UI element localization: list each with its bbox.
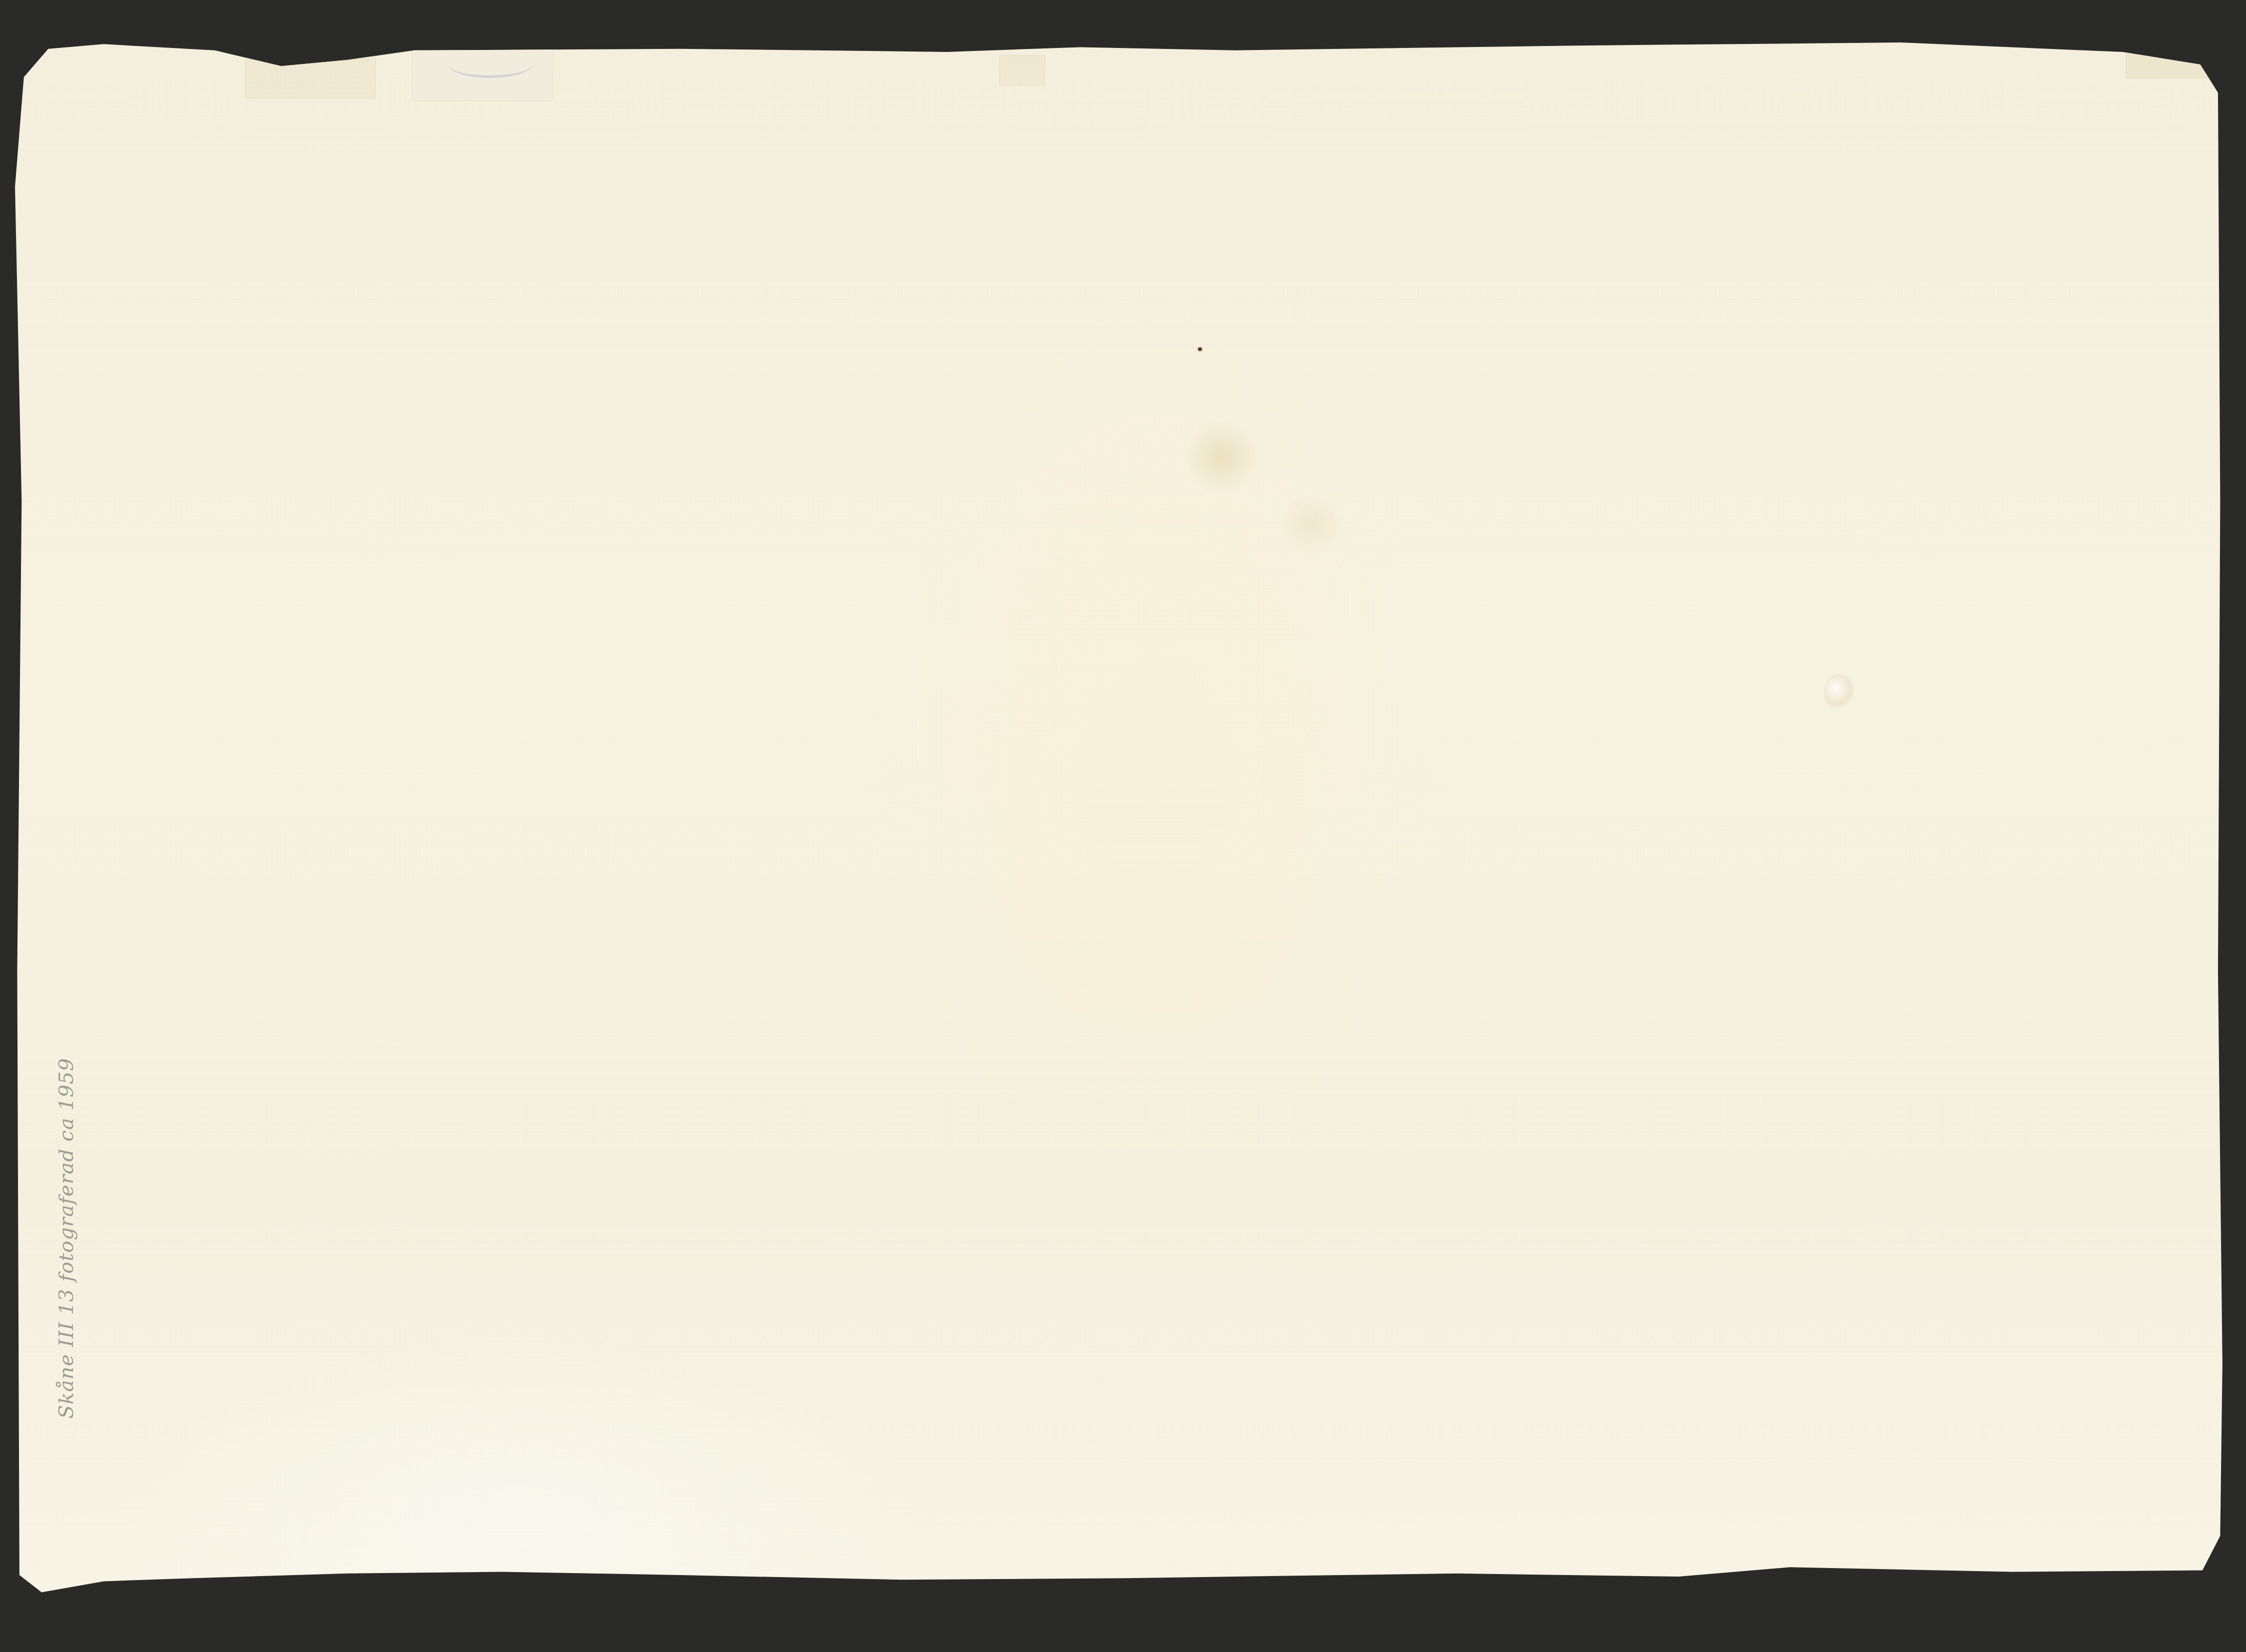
tape-strip — [412, 40, 553, 101]
tape-residue-left — [245, 50, 376, 98]
dirt-speck — [1198, 347, 1202, 351]
paper-dent — [1824, 674, 1854, 709]
paper-sheet: Skåne III 13 fotograferad ca 1959 — [15, 30, 2234, 1599]
pencil-annotation: Skåne III 13 fotograferad ca 1959 — [55, 1139, 78, 1419]
scanned-document: Skåne III 13 fotograferad ca 1959 — [0, 0, 2246, 1652]
foxing-stain — [1184, 420, 1259, 495]
foxing-stain-faint — [1279, 495, 1344, 554]
tape-residue-right — [2126, 35, 2237, 78]
tape-residue-center — [999, 55, 1045, 86]
blue-ink-mark — [448, 50, 533, 78]
